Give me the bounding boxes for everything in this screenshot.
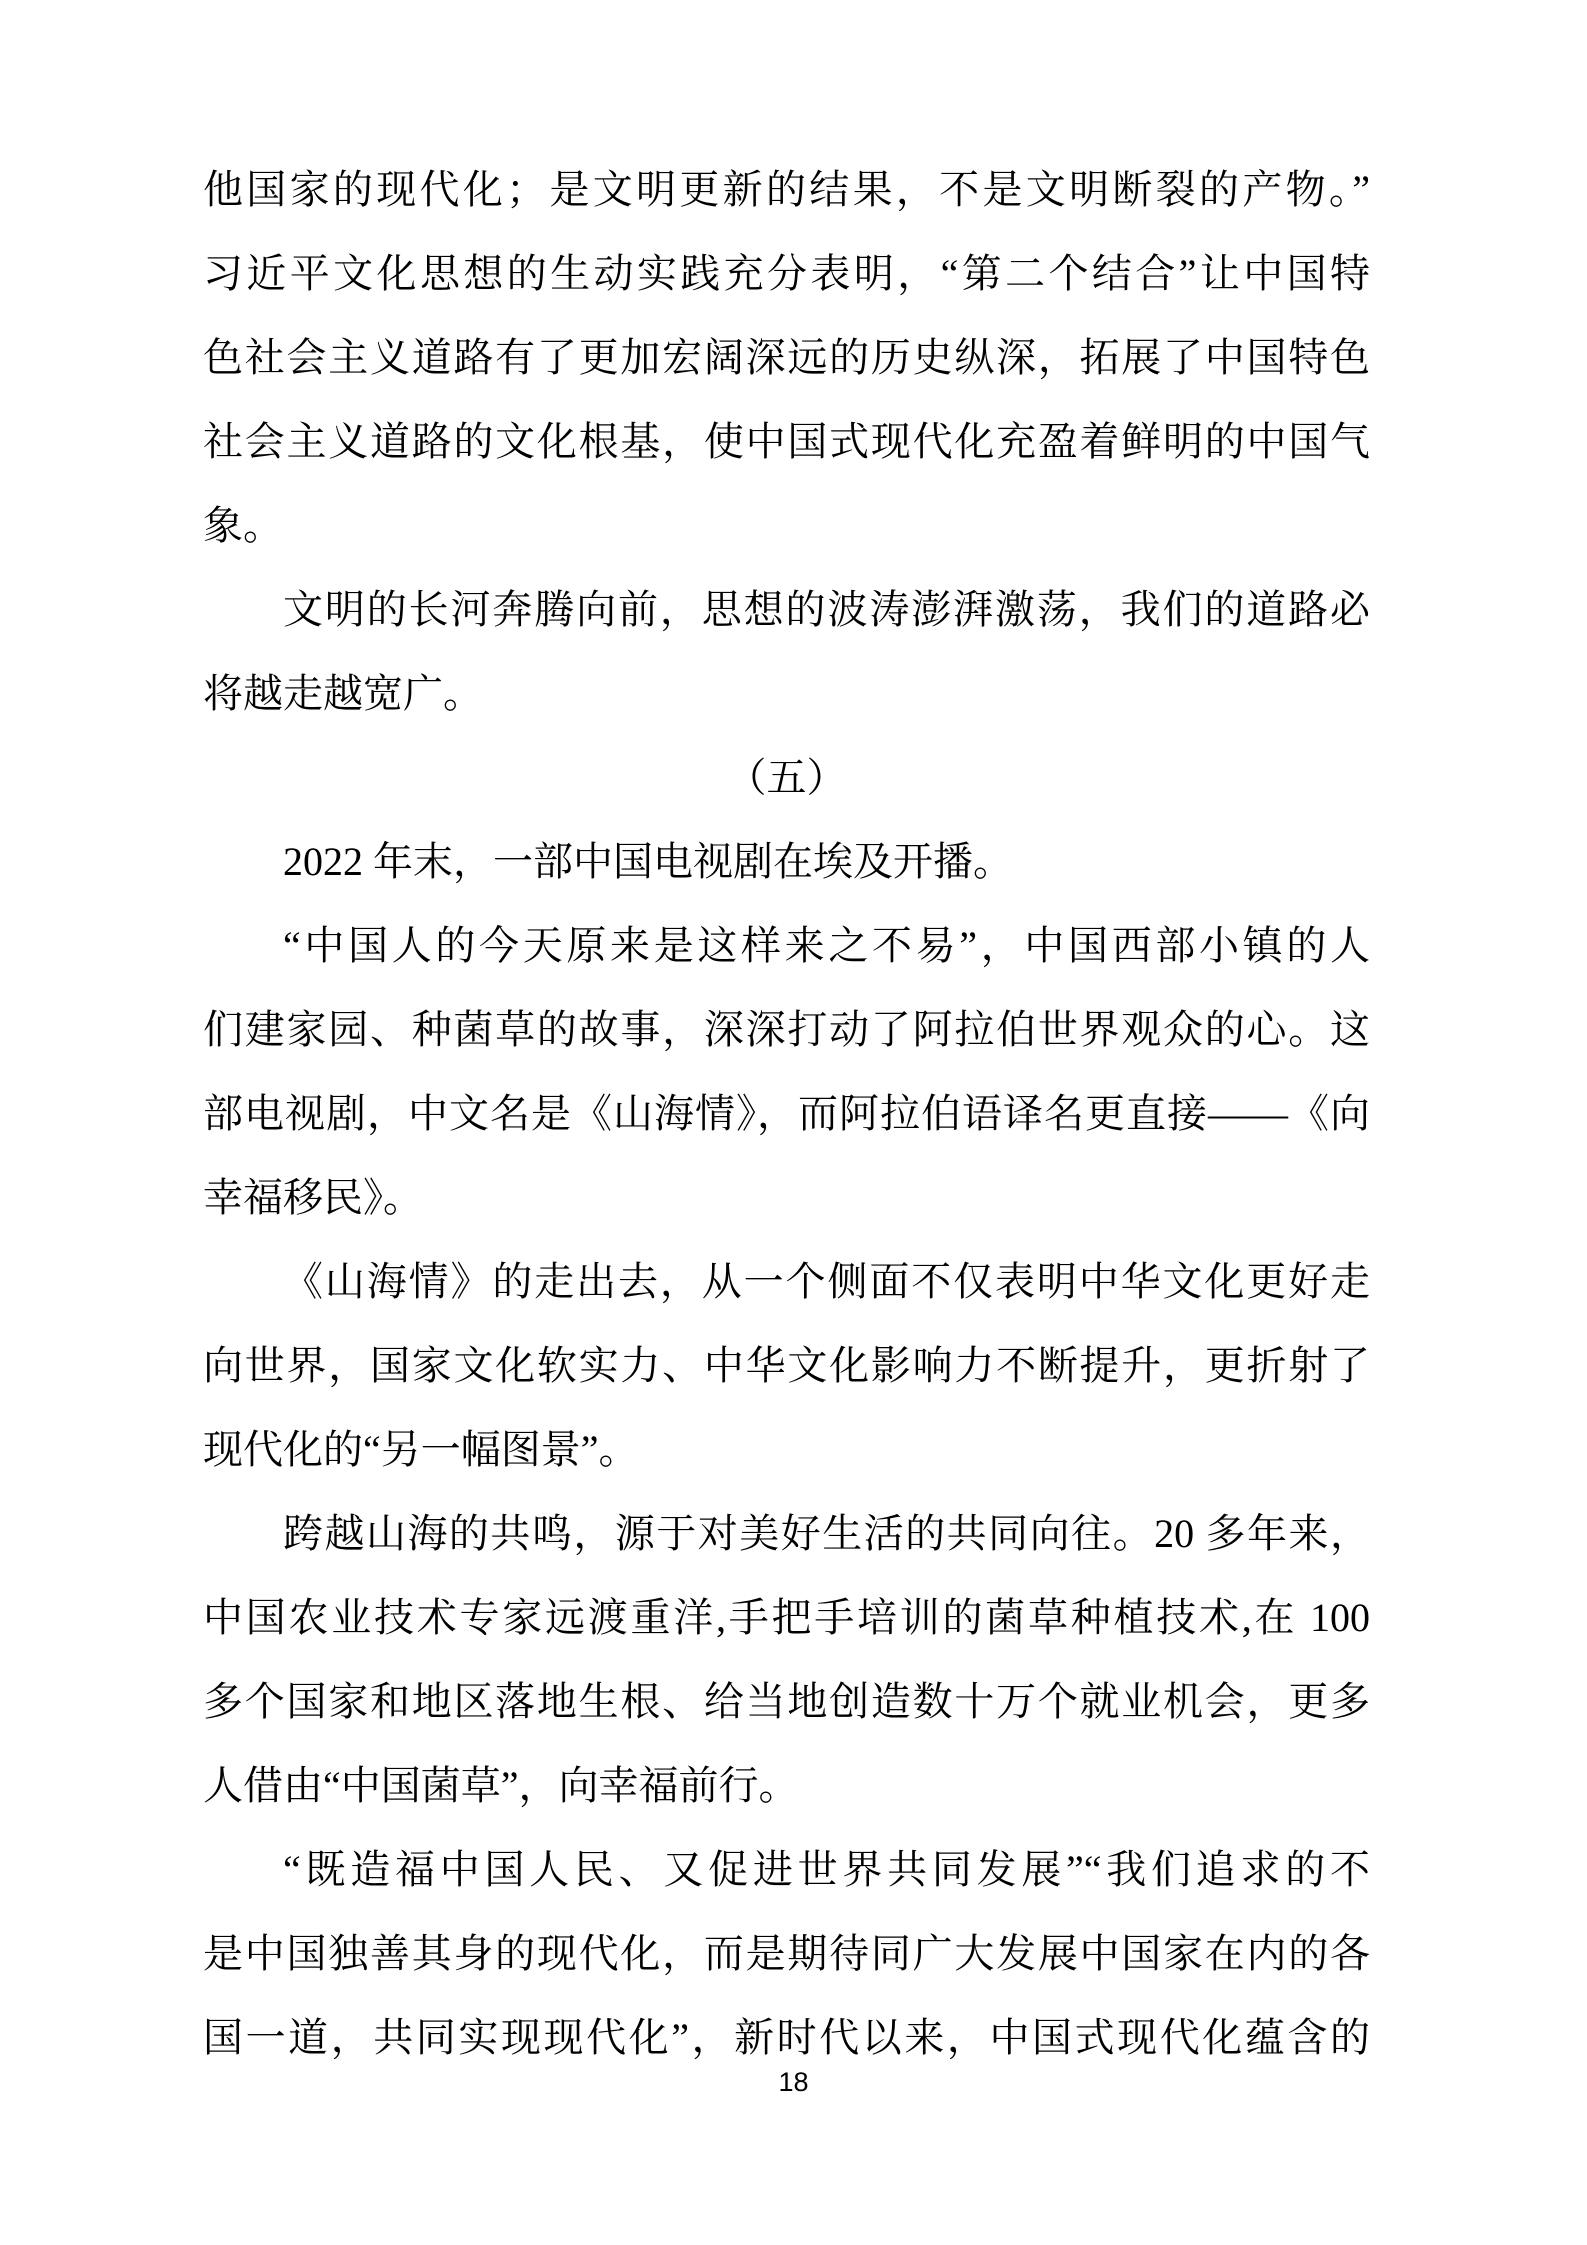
- text-line: 向世界，国家文化软实力、中华文化影响力不断提升，更折射了: [203, 1324, 1370, 1408]
- text-line: 中国农业技术专家远渡重洋,手把手培训的菌草种植技术,在 100: [203, 1576, 1370, 1660]
- text-line: 社会主义道路的文化根基，使中国式现代化充盈着鲜明的中国气: [203, 400, 1370, 484]
- text-line: 《山海情》的走出去，从一个侧面不仅表明中华文化更好走: [203, 1240, 1370, 1324]
- document-body: 他国家的现代化；是文明更新的结果，不是文明断裂的产物。”习近平文化思想的生动实践…: [203, 148, 1370, 2080]
- text-line: 2022 年末，一部中国电视剧在埃及开播。: [203, 820, 1370, 904]
- text-line: 人借由“中国菌草”，向幸福前行。: [203, 1744, 1370, 1828]
- text-line: 跨越山海的共鸣，源于对美好生活的共同向往。20 多年来，: [203, 1492, 1370, 1576]
- text-line: “中国人的今天原来是这样来之不易”，中国西部小镇的人: [203, 904, 1370, 988]
- document-page: 他国家的现代化；是文明更新的结果，不是文明断裂的产物。”习近平文化思想的生动实践…: [0, 0, 1587, 2245]
- text-line: 现代化的“另一幅图景”。: [203, 1408, 1370, 1492]
- text-line: 他国家的现代化；是文明更新的结果，不是文明断裂的产物。”: [203, 148, 1370, 232]
- text-line: 文明的长河奔腾向前，思想的波涛澎湃激荡，我们的道路必: [203, 568, 1370, 652]
- section-heading: （五）: [203, 736, 1370, 820]
- text-line: 是中国独善其身的现代化，而是期待同广大发展中国家在内的各: [203, 1912, 1370, 1996]
- text-line: 习近平文化思想的生动实践充分表明，“第二个结合”让中国特: [203, 232, 1370, 316]
- text-line: 将越走越宽广。: [203, 652, 1370, 736]
- text-line: 幸福移民》。: [203, 1156, 1370, 1240]
- text-line: 象。: [203, 484, 1370, 568]
- page-number: 18: [0, 2062, 1587, 2102]
- text-line: 们建家园、种菌草的故事，深深打动了阿拉伯世界观众的心。这: [203, 988, 1370, 1072]
- text-line: 色社会主义道路有了更加宏阔深远的历史纵深，拓展了中国特色: [203, 316, 1370, 400]
- text-line: “既造福中国人民、又促进世界共同发展”“我们追求的不: [203, 1828, 1370, 1912]
- text-line: 部电视剧，中文名是《山海情》，而阿拉伯语译名更直接——《向: [203, 1072, 1370, 1156]
- text-line: 多个国家和地区落地生根、给当地创造数十万个就业机会，更多: [203, 1660, 1370, 1744]
